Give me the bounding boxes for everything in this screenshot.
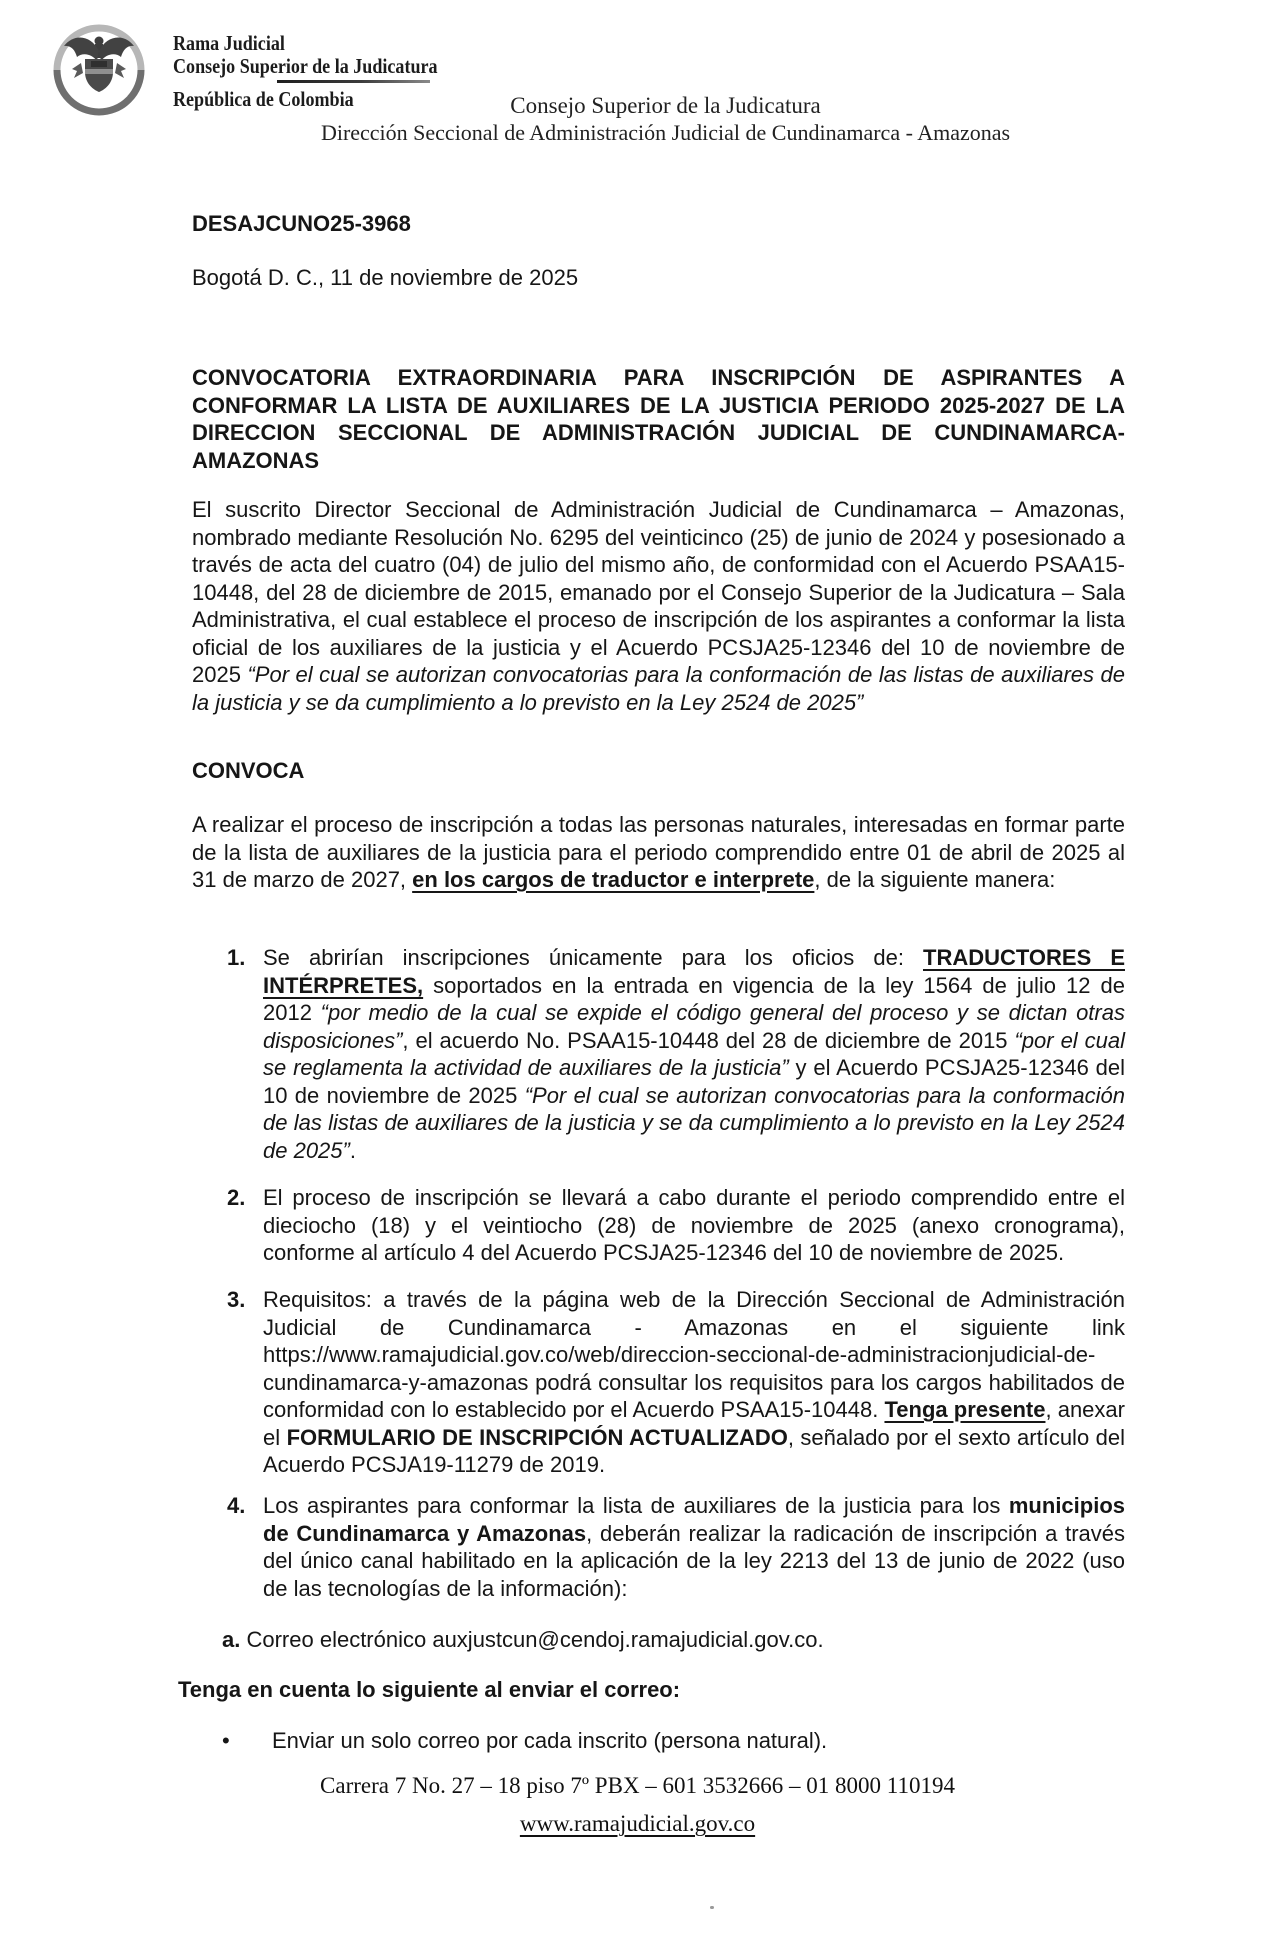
item-3-text: Requisitos: a través de la página web de… bbox=[263, 1286, 1125, 1479]
call-paragraph: A realizar el proceso de inscripción a t… bbox=[192, 811, 1125, 894]
list-item-1: 1. Se abrirían inscripciones únicamente … bbox=[192, 944, 1125, 1164]
call-text-2: , de la siguiente manera: bbox=[814, 867, 1055, 892]
bullet-item: • Enviar un solo correo por cada inscrit… bbox=[192, 1727, 1125, 1755]
email-address: Correo electrónico auxjustcun@cendoj.ram… bbox=[240, 1627, 823, 1652]
item-1-number: 1. bbox=[227, 944, 245, 972]
item-4-text: Los aspirantes para conformar la lista d… bbox=[263, 1492, 1125, 1602]
item-3-number: 3. bbox=[227, 1286, 245, 1314]
item-3-seg: Requisitos: a través de la página web de… bbox=[263, 1287, 1125, 1340]
list-item-2: 2. El proceso de inscripción se llevará … bbox=[192, 1184, 1125, 1267]
sub-item-a: a. Correo electrónico auxjustcun@cendoj.… bbox=[222, 1626, 1125, 1654]
brand-consejo-superior: Consejo Superior de la Judicatura bbox=[173, 54, 438, 79]
footer-website-link: www.ramajudicial.gov.co bbox=[0, 1811, 1275, 1837]
item-2-number: 2. bbox=[227, 1184, 245, 1212]
item-1-seg: . bbox=[350, 1138, 356, 1163]
scanned-letter-page: Rama Judicial Consejo Superior de la Jud… bbox=[0, 0, 1275, 1950]
list-item-3: 3. Requisitos: a través de la página web… bbox=[192, 1286, 1125, 1479]
item-1-seg: , el acuerdo No. PSAA15-10448 del 28 de … bbox=[402, 1028, 1014, 1053]
call-emphasis: en los cargos de traductor e interprete bbox=[412, 867, 814, 892]
item-1-text: Se abrirían inscripciones únicamente par… bbox=[263, 944, 1125, 1164]
scan-speck bbox=[710, 1906, 714, 1909]
org-subtitle: Dirección Seccional de Administración Ju… bbox=[0, 120, 1275, 146]
document-title: CONVOCATORIA EXTRAORDINARIA PARA INSCRIP… bbox=[192, 364, 1125, 474]
intro-paragraph: El suscrito Director Seccional de Admini… bbox=[192, 496, 1125, 716]
item-3-emphasis-1: Tenga presente bbox=[884, 1397, 1045, 1422]
note-heading: Tenga en cuenta lo siguiente al enviar e… bbox=[178, 1676, 680, 1704]
item-4-number: 4. bbox=[227, 1492, 245, 1520]
bullet-text: Enviar un solo correo por cada inscrito … bbox=[272, 1727, 1125, 1755]
org-title: Consejo Superior de la Judicatura bbox=[0, 93, 1275, 119]
letterhead-divider bbox=[277, 80, 430, 83]
item-3-emphasis-2: FORMULARIO DE INSCRIPCIÓN ACTUALIZADO bbox=[287, 1425, 788, 1450]
item-4-seg: Los aspirantes para conformar la lista d… bbox=[263, 1493, 1009, 1518]
bullet-icon: • bbox=[222, 1727, 230, 1755]
list-item-4: 4. Los aspirantes para conformar la list… bbox=[192, 1492, 1125, 1602]
intro-text: El suscrito Director Seccional de Admini… bbox=[192, 497, 1125, 687]
item-1-seg: Se abrirían inscripciones únicamente par… bbox=[263, 945, 923, 970]
item-2-text: El proceso de inscripción se llevará a c… bbox=[263, 1184, 1125, 1267]
intro-quote: “Por el cual se autorizan convocatorias … bbox=[192, 662, 1125, 715]
reference-number: DESAJCUNO25-3968 bbox=[192, 210, 411, 238]
sub-item-a-label: a. bbox=[222, 1627, 240, 1652]
brand-rama-judicial: Rama Judicial bbox=[173, 31, 285, 56]
heading-convoca: CONVOCA bbox=[192, 757, 304, 785]
footer-address: Carrera 7 No. 27 – 18 piso 7º PBX – 601 … bbox=[0, 1773, 1275, 1799]
date-line: Bogotá D. C., 11 de noviembre de 2025 bbox=[192, 264, 578, 292]
